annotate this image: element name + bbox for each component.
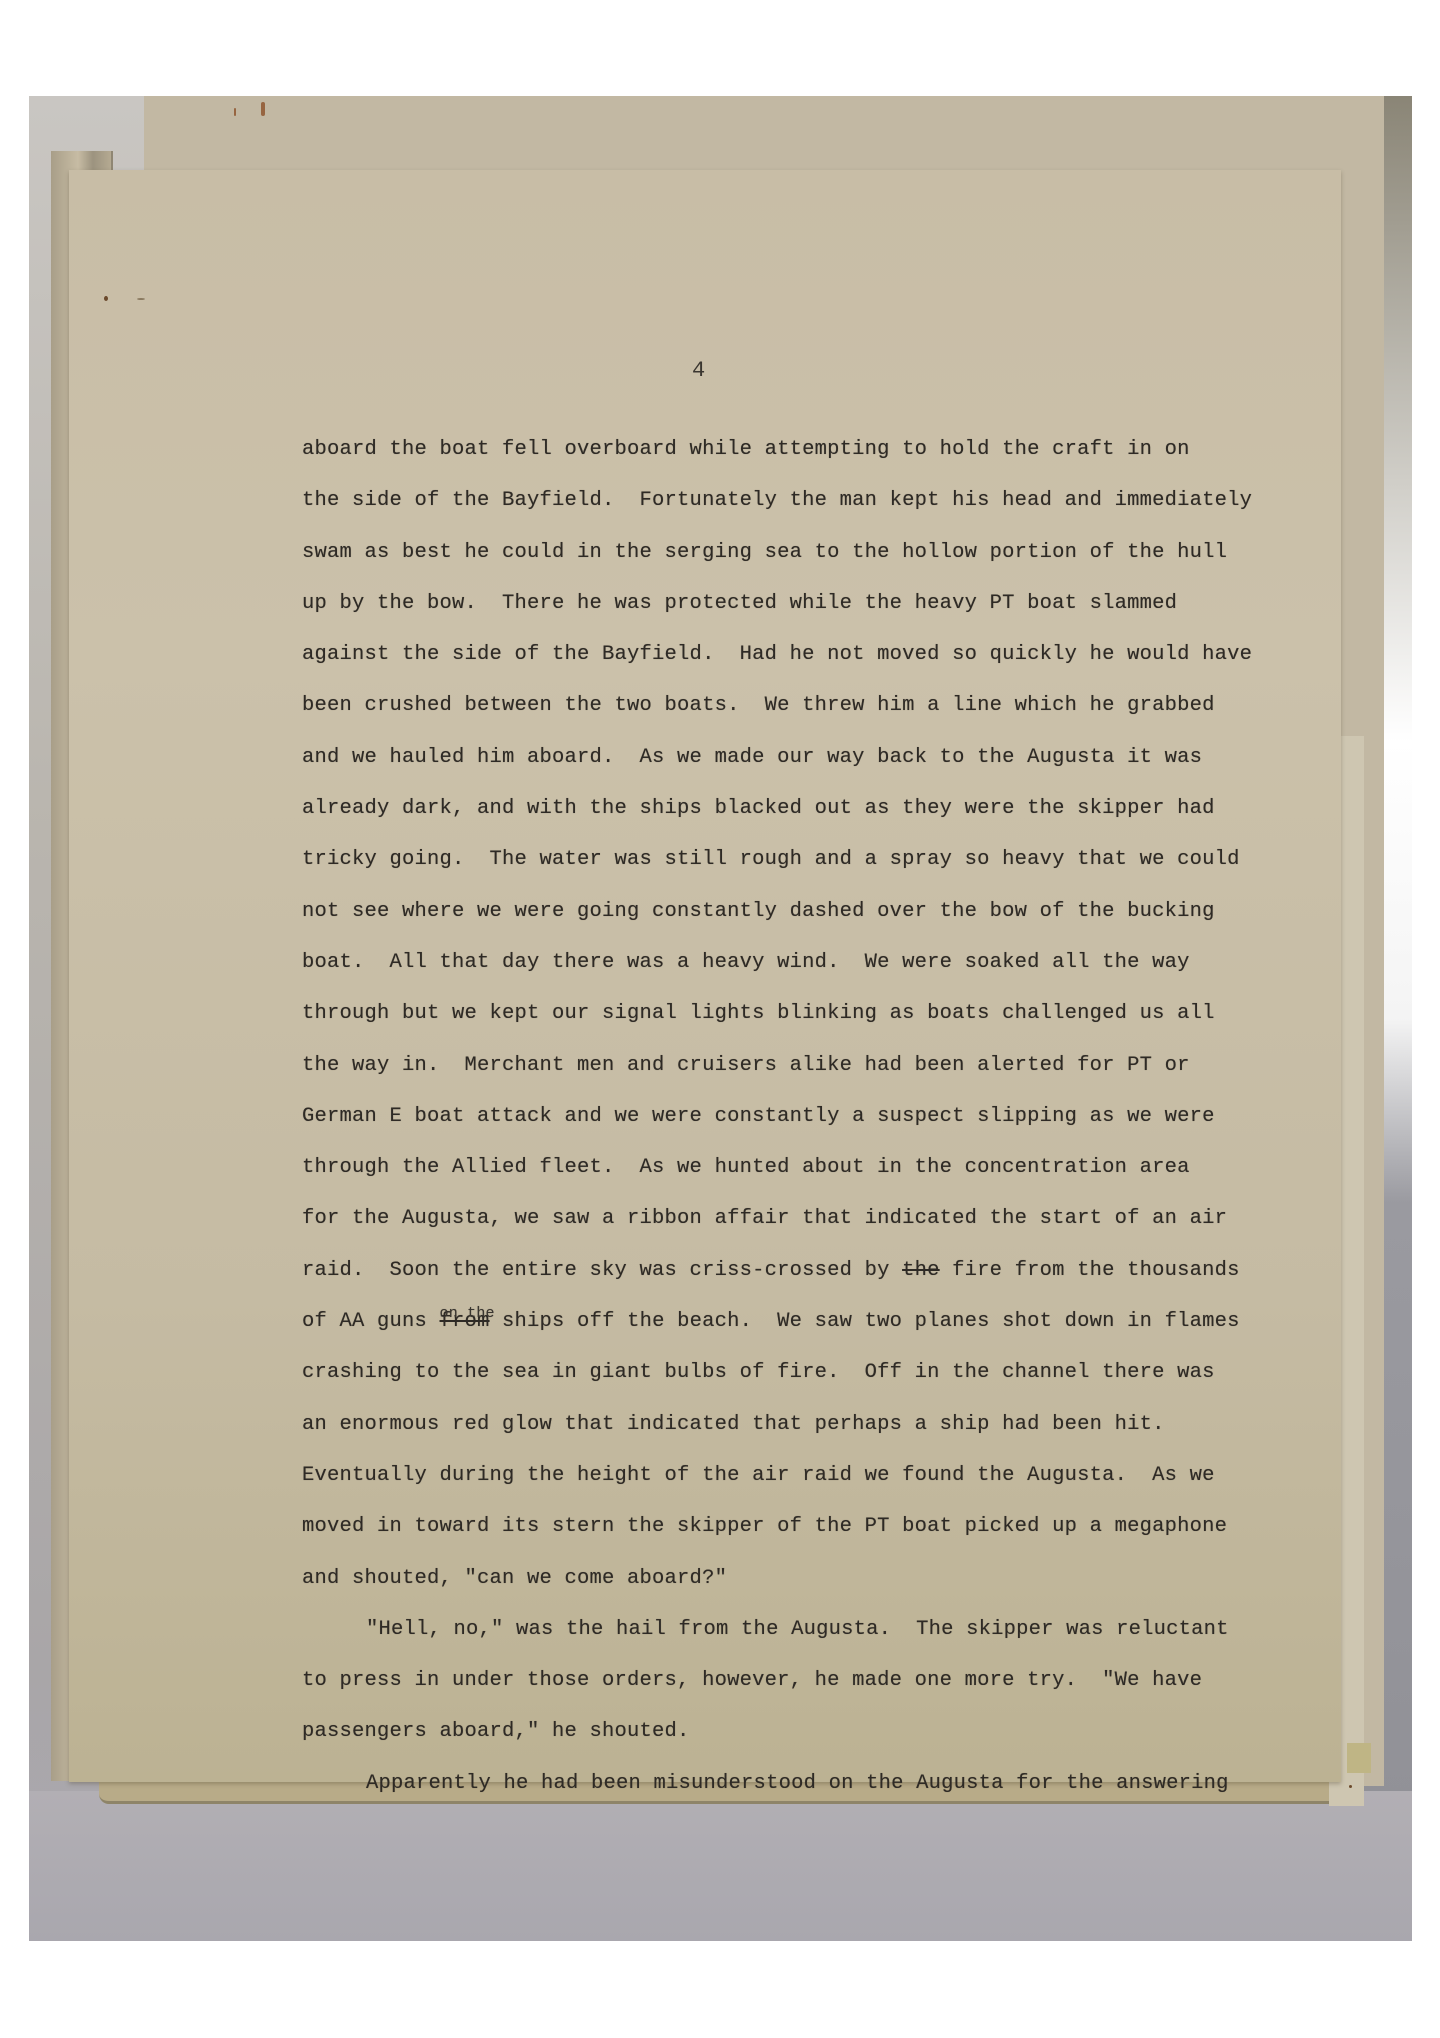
top-sheet: 4 aboard the boat fell overboard while a… bbox=[69, 170, 1341, 1782]
struck-word: the bbox=[902, 1259, 940, 1282]
text-line: moved in toward its stern the skipper of… bbox=[302, 1501, 1342, 1552]
rust-stain bbox=[234, 108, 236, 116]
text-line: to press in under those orders, however,… bbox=[302, 1655, 1342, 1706]
text-line: boat. All that day there was a heavy win… bbox=[302, 937, 1342, 988]
text-segment: fire from the thousands bbox=[940, 1259, 1240, 1282]
interlinear-correction: on the bbox=[440, 1288, 495, 1339]
paper-speck bbox=[104, 296, 108, 301]
text-line: swam as best he could in the serging sea… bbox=[302, 527, 1342, 578]
document-photo: 4 aboard the boat fell overboard while a… bbox=[29, 96, 1412, 1941]
paper-mark bbox=[137, 298, 145, 300]
text-line: against the side of the Bayfield. Had he… bbox=[302, 629, 1342, 680]
page-number: 4 bbox=[692, 358, 705, 383]
text-line: an enormous red glow that indicated that… bbox=[302, 1399, 1342, 1450]
text-line: German E boat attack and we were constan… bbox=[302, 1091, 1342, 1142]
text-line: through the Allied fleet. As we hunted a… bbox=[302, 1142, 1342, 1193]
rust-stain bbox=[261, 102, 265, 116]
text-line: the way in. Merchant men and cruisers al… bbox=[302, 1040, 1342, 1091]
text-line: and shouted, "can we come aboard?" bbox=[302, 1553, 1342, 1604]
text-line: been crushed between the two boats. We t… bbox=[302, 680, 1342, 731]
text-line: up by the bow. There he was protected wh… bbox=[302, 578, 1342, 629]
text-segment: raid. Soon the entire sky was criss-cros… bbox=[302, 1259, 902, 1282]
text-line-paragraph-start: Apparently he had been misunderstood on … bbox=[302, 1758, 1342, 1809]
text-line: already dark, and with the ships blacked… bbox=[302, 783, 1342, 834]
text-segment: of AA guns bbox=[302, 1310, 440, 1333]
text-line: through but we kept our signal lights bl… bbox=[302, 988, 1342, 1039]
text-line: Eventually during the height of the air … bbox=[302, 1450, 1342, 1501]
text-line: and we hauled him aboard. As we made our… bbox=[302, 732, 1342, 783]
text-line: not see where we were going constantly d… bbox=[302, 886, 1342, 937]
text-line: tricky going. The water was still rough … bbox=[302, 834, 1342, 885]
text-line: the side of the Bayfield. Fortunately th… bbox=[302, 475, 1342, 526]
backdrop-bottom bbox=[29, 1791, 1412, 1941]
text-segment: ships off the beach. We saw two planes s… bbox=[490, 1310, 1240, 1333]
text-line: passengers aboard," he shouted. bbox=[302, 1706, 1342, 1757]
paper-speck bbox=[1349, 1785, 1352, 1788]
typewritten-body: aboard the boat fell overboard while att… bbox=[302, 424, 1342, 1809]
text-line-guns: of AA guns on thefrom ships off the beac… bbox=[302, 1296, 1342, 1347]
text-line-paragraph-start: "Hell, no," was the hail from the August… bbox=[302, 1604, 1342, 1655]
text-line: crashing to the sea in giant bulbs of fi… bbox=[302, 1347, 1342, 1398]
paper-tab bbox=[1347, 1743, 1371, 1773]
text-line: for the Augusta, we saw a ribbon affair … bbox=[302, 1193, 1342, 1244]
text-line: aboard the boat fell overboard while att… bbox=[302, 424, 1342, 475]
